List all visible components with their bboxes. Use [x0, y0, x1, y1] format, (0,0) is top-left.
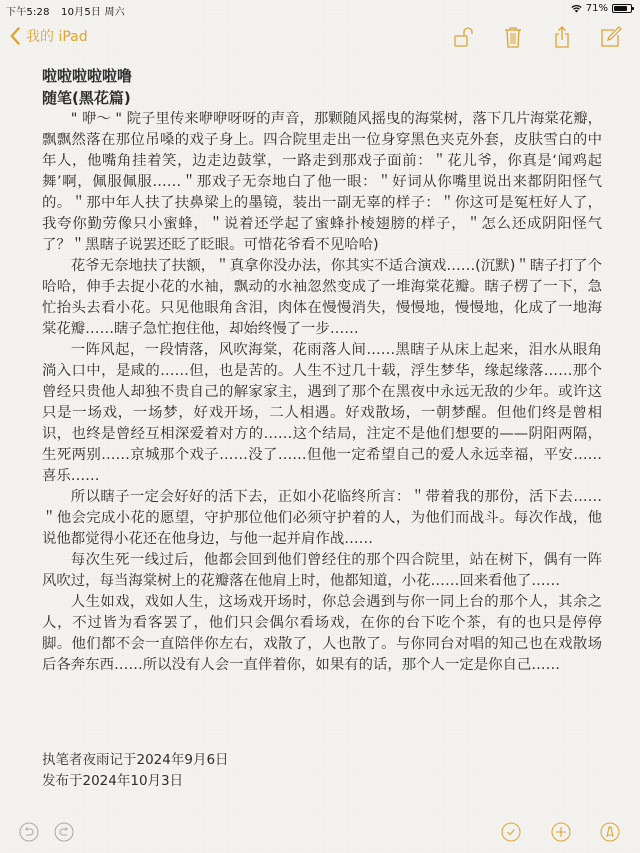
add-icon[interactable]	[551, 822, 571, 842]
note-paragraph: 人生如戏，戏如人生，这场戏开场时，你总会遇到与你一同上台的那个人，其余之人，不过…	[42, 592, 602, 676]
status-left: 下午5:28 10月5日 周六	[6, 3, 133, 18]
note-subtitle: 随笔(黑花篇)	[42, 87, 602, 109]
note-signature: 执笔者夜雨记于2024年9月6日 发布于2024年10月3日	[42, 750, 229, 792]
checklist-icon[interactable]	[501, 822, 521, 842]
status-right: 71%	[571, 3, 632, 14]
lock-open-icon[interactable]	[453, 26, 475, 48]
share-icon[interactable]	[551, 26, 573, 48]
status-bar: 下午5:28 10月5日 周六 71%	[0, 0, 640, 18]
note-content[interactable]: 啦啦啦啦啦噜 随笔(黑花篇) " 咿～ " 院子里传来咿咿呀呀的声音，那颗随风摇…	[42, 65, 602, 676]
back-button[interactable]: 我的 iPad	[10, 26, 88, 46]
signature-line: 执笔者夜雨记于2024年9月6日	[42, 750, 229, 771]
redo-icon[interactable]	[54, 822, 74, 842]
trash-icon[interactable]	[502, 26, 524, 48]
note-title: 啦啦啦啦啦噜	[42, 65, 602, 87]
signature-line: 发布于2024年10月3日	[42, 771, 229, 792]
markup-icon[interactable]	[600, 822, 620, 842]
note-paragraph: 所以瞎子一定会好好的活下去，正如小花临终所言：＂带着我的那份，活下去……＂他会完…	[42, 487, 602, 550]
battery-icon	[612, 4, 632, 13]
status-date: 10月5日 周六	[61, 7, 125, 18]
battery-percent: 71%	[586, 3, 608, 14]
note-paragraph: 一阵风起，一段情落，风吹海棠，花雨落人间……黑瞎子从床上起来，泪水从眼角淌入口中…	[42, 340, 602, 487]
note-paragraph: " 咿～ " 院子里传来咿咿呀呀的声音，那颗随风摇曳的海棠树，落下几片海棠花瓣，…	[42, 109, 602, 256]
compose-icon[interactable]	[600, 26, 622, 48]
chevron-left-icon	[10, 27, 20, 45]
bottom-toolbar	[0, 810, 640, 853]
back-label: 我的 iPad	[26, 26, 88, 46]
note-paragraph: 花爷无奈地扶了扶额，＂真拿你没办法，你其实不适合演戏……(沉默)＂瞎子打了个哈哈…	[42, 256, 602, 340]
note-paragraph: 每次生死一线过后，他都会回到他们曾经住的那个四合院里，站在树下，偶有一阵风吹过，…	[42, 550, 602, 592]
nav-actions	[453, 26, 622, 48]
nav-bar: 我的 iPad	[0, 20, 640, 56]
wifi-icon	[571, 5, 582, 13]
undo-icon[interactable]	[19, 822, 39, 842]
status-time: 下午5:28	[6, 7, 50, 18]
